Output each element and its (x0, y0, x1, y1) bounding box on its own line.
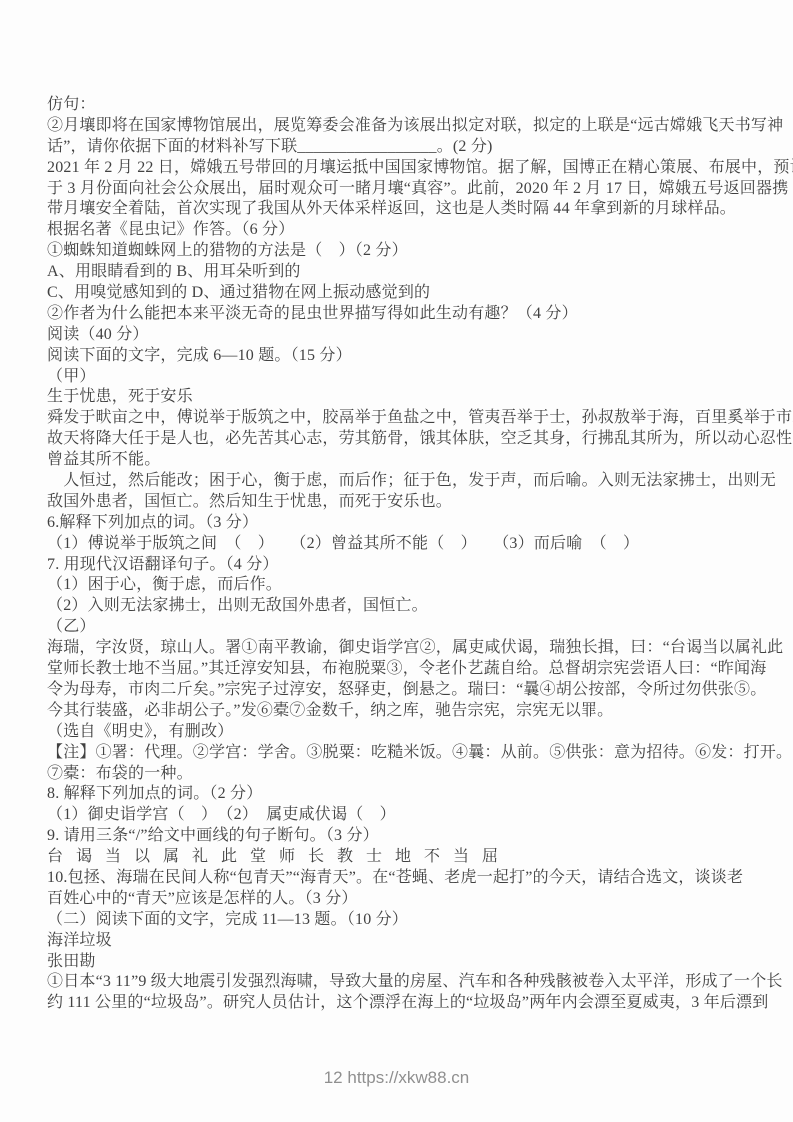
document-content: 仿句： ②月壤即将在国家博物馆展出，展览筹委会准备为该展出拟定对联，拟定的上联是… (47, 95, 747, 1014)
doc-line: 带月壤安全着陆，首次实现了我国从外天体采样返回，这也是人类时隔 44 年拿到新的… (47, 199, 747, 220)
doc-line: （二）阅读下面的文字，完成 11—13 题。（10 分） (47, 910, 747, 931)
doc-line: 2021 年 2 月 22 日，嫦娥五号带回的月壤运抵中国国家博物馆。据了解，国… (47, 158, 747, 179)
doc-line: 约 111 公里的“垃圾岛”。研究人员估计，这个漂浮在海上的“垃圾岛”两年内会漂… (47, 993, 747, 1014)
doc-line: 故天将降大任于是人也，必先苦其心志，劳其筋骨，饿其体肤，空乏其身，行拂乱其所为，… (47, 429, 747, 450)
doc-line: ②作者为什么能把本来平淡无奇的昆虫世界描写得如此生动有趣？（4 分） (47, 304, 747, 325)
doc-line: 百姓心中的“青天”应该是怎样的人。（3 分） (47, 889, 747, 910)
author-line: 张田勘 (47, 952, 747, 973)
doc-line: 8. 解释下列加点的词。（2 分） (47, 784, 747, 805)
doc-line: （1）御史诣学宫（ ） （2） 属吏咸伏谒（ ） (47, 805, 747, 826)
doc-line: 今其行装盛，必非胡公子。”发⑥橐⑦金数千，纳之库，驰告宗宪，宗宪无以罪。 (47, 701, 747, 722)
doc-line: （甲） (47, 367, 747, 388)
essay-title-line: 海洋垃圾 (47, 931, 747, 952)
doc-line: 7. 用现代汉语翻译句子。（4 分） (47, 555, 747, 576)
doc-line: 海瑞，字汝贤，琼山人。署①南平教谕，御史诣学宫②，属吏咸伏谒，瑞独长揖，曰：“台… (47, 638, 747, 659)
doc-line: 根据名著《昆虫记》作答。（6 分） (47, 220, 747, 241)
doc-line: ①蜘蛛知道蜘蛛网上的猎物的方法是（ ）（2 分） (47, 241, 747, 262)
doc-line: ⑦橐：布袋的一种。 (47, 764, 747, 785)
doc-line: （选自《明史》，有删改） (47, 722, 747, 743)
doc-line: ①日本“3 11”9 级大地震引发强烈海啸，导致大量的房屋、汽车和各种残骸被卷入… (47, 972, 747, 993)
footer-url: https://xkw88.cn (347, 1068, 469, 1087)
doc-line: 6.解释下列加点的词。（3 分） (47, 513, 747, 534)
document-page: 仿句： ②月壤即将在国家博物馆展出，展览筹委会准备为该展出拟定对联，拟定的上联是… (0, 0, 793, 1122)
doc-line: 舜发于畎亩之中，傅说举于版筑之中，胶鬲举于鱼盐之中，管夷吾举于士，孙叔敖举于海，… (47, 408, 747, 429)
doc-line: 曾益其所不能。 (47, 450, 747, 471)
doc-line: （乙） (47, 617, 747, 638)
doc-line: 人恒过，然后能改；困于心，衡于虑，而后作；征于色，发于声，而后喻。入则无法家拂士… (47, 471, 747, 492)
doc-line: 【注】①署：代理。②学宫：学舍。③脱粟：吃糙米饭。④曩：从前。⑤供张：意为招待。… (47, 743, 747, 764)
doc-line: 于 3 月份面向社会公众展出，届时观众可一睹月壤“真容”。此前，2020 年 2… (47, 179, 747, 200)
doc-line: 10.包拯、海瑞在民间人称“包青天”“海青天”。在“苍蝇、老虎一起打”的今天，请… (47, 868, 747, 889)
doc-line: C、用嗅觉感知到的 D、通过猎物在网上振动感觉到的 (47, 283, 747, 304)
essay-title-line: 生于忧患，死于安乐 (47, 387, 747, 408)
doc-line: ②月壤即将在国家博物馆展出，展览筹委会准备为该展出拟定对联，拟定的上联是“远古嫦… (47, 116, 747, 137)
doc-line: （2）入则无法家拂士，出则无敌国外患者，国恒亡。 (47, 596, 747, 617)
page-number: 12 (324, 1068, 343, 1087)
doc-line: 令为母寿，市肉二斤矣。”宗宪子过淳安，怒驿吏，倒悬之。瑞曰：“曩④胡公按部，令所… (47, 680, 747, 701)
page-footer: 12 https://xkw88.cn (0, 1068, 793, 1088)
doc-line: （1）困于心，衡于虑，而后作。 (47, 575, 747, 596)
doc-line: 仿句： (47, 95, 747, 116)
sentence-to-punctuate-line: 台谒当以属礼此堂师长教士地不当屈 (47, 847, 747, 868)
doc-line: 阅读下面的文字，完成 6—10 题。（15 分） (47, 346, 747, 367)
doc-line: A、用眼睛看到的 B、用耳朵听到的 (47, 262, 747, 283)
doc-line: 9. 请用三条“/”给文中画线的句子断句。（3 分） (47, 826, 747, 847)
doc-line: 堂师长教士地不当屈。”其迁淳安知县，布袍脱粟③，令老仆艺蔬自给。总督胡宗宪尝语人… (47, 659, 747, 680)
doc-line: 敌国外患者，国恒亡。然后知生于忧患，而死于安乐也。 (47, 492, 747, 513)
doc-line: 阅读（40 分） (47, 325, 747, 346)
doc-line: 话”，请你依据下面的材料补写下联_________________。(2 分) (47, 137, 747, 158)
doc-line: （1）傅说举于版筑之间 （ ） （2）曾益其所不能（ ） （3）而后喻 （ ） (47, 534, 747, 555)
